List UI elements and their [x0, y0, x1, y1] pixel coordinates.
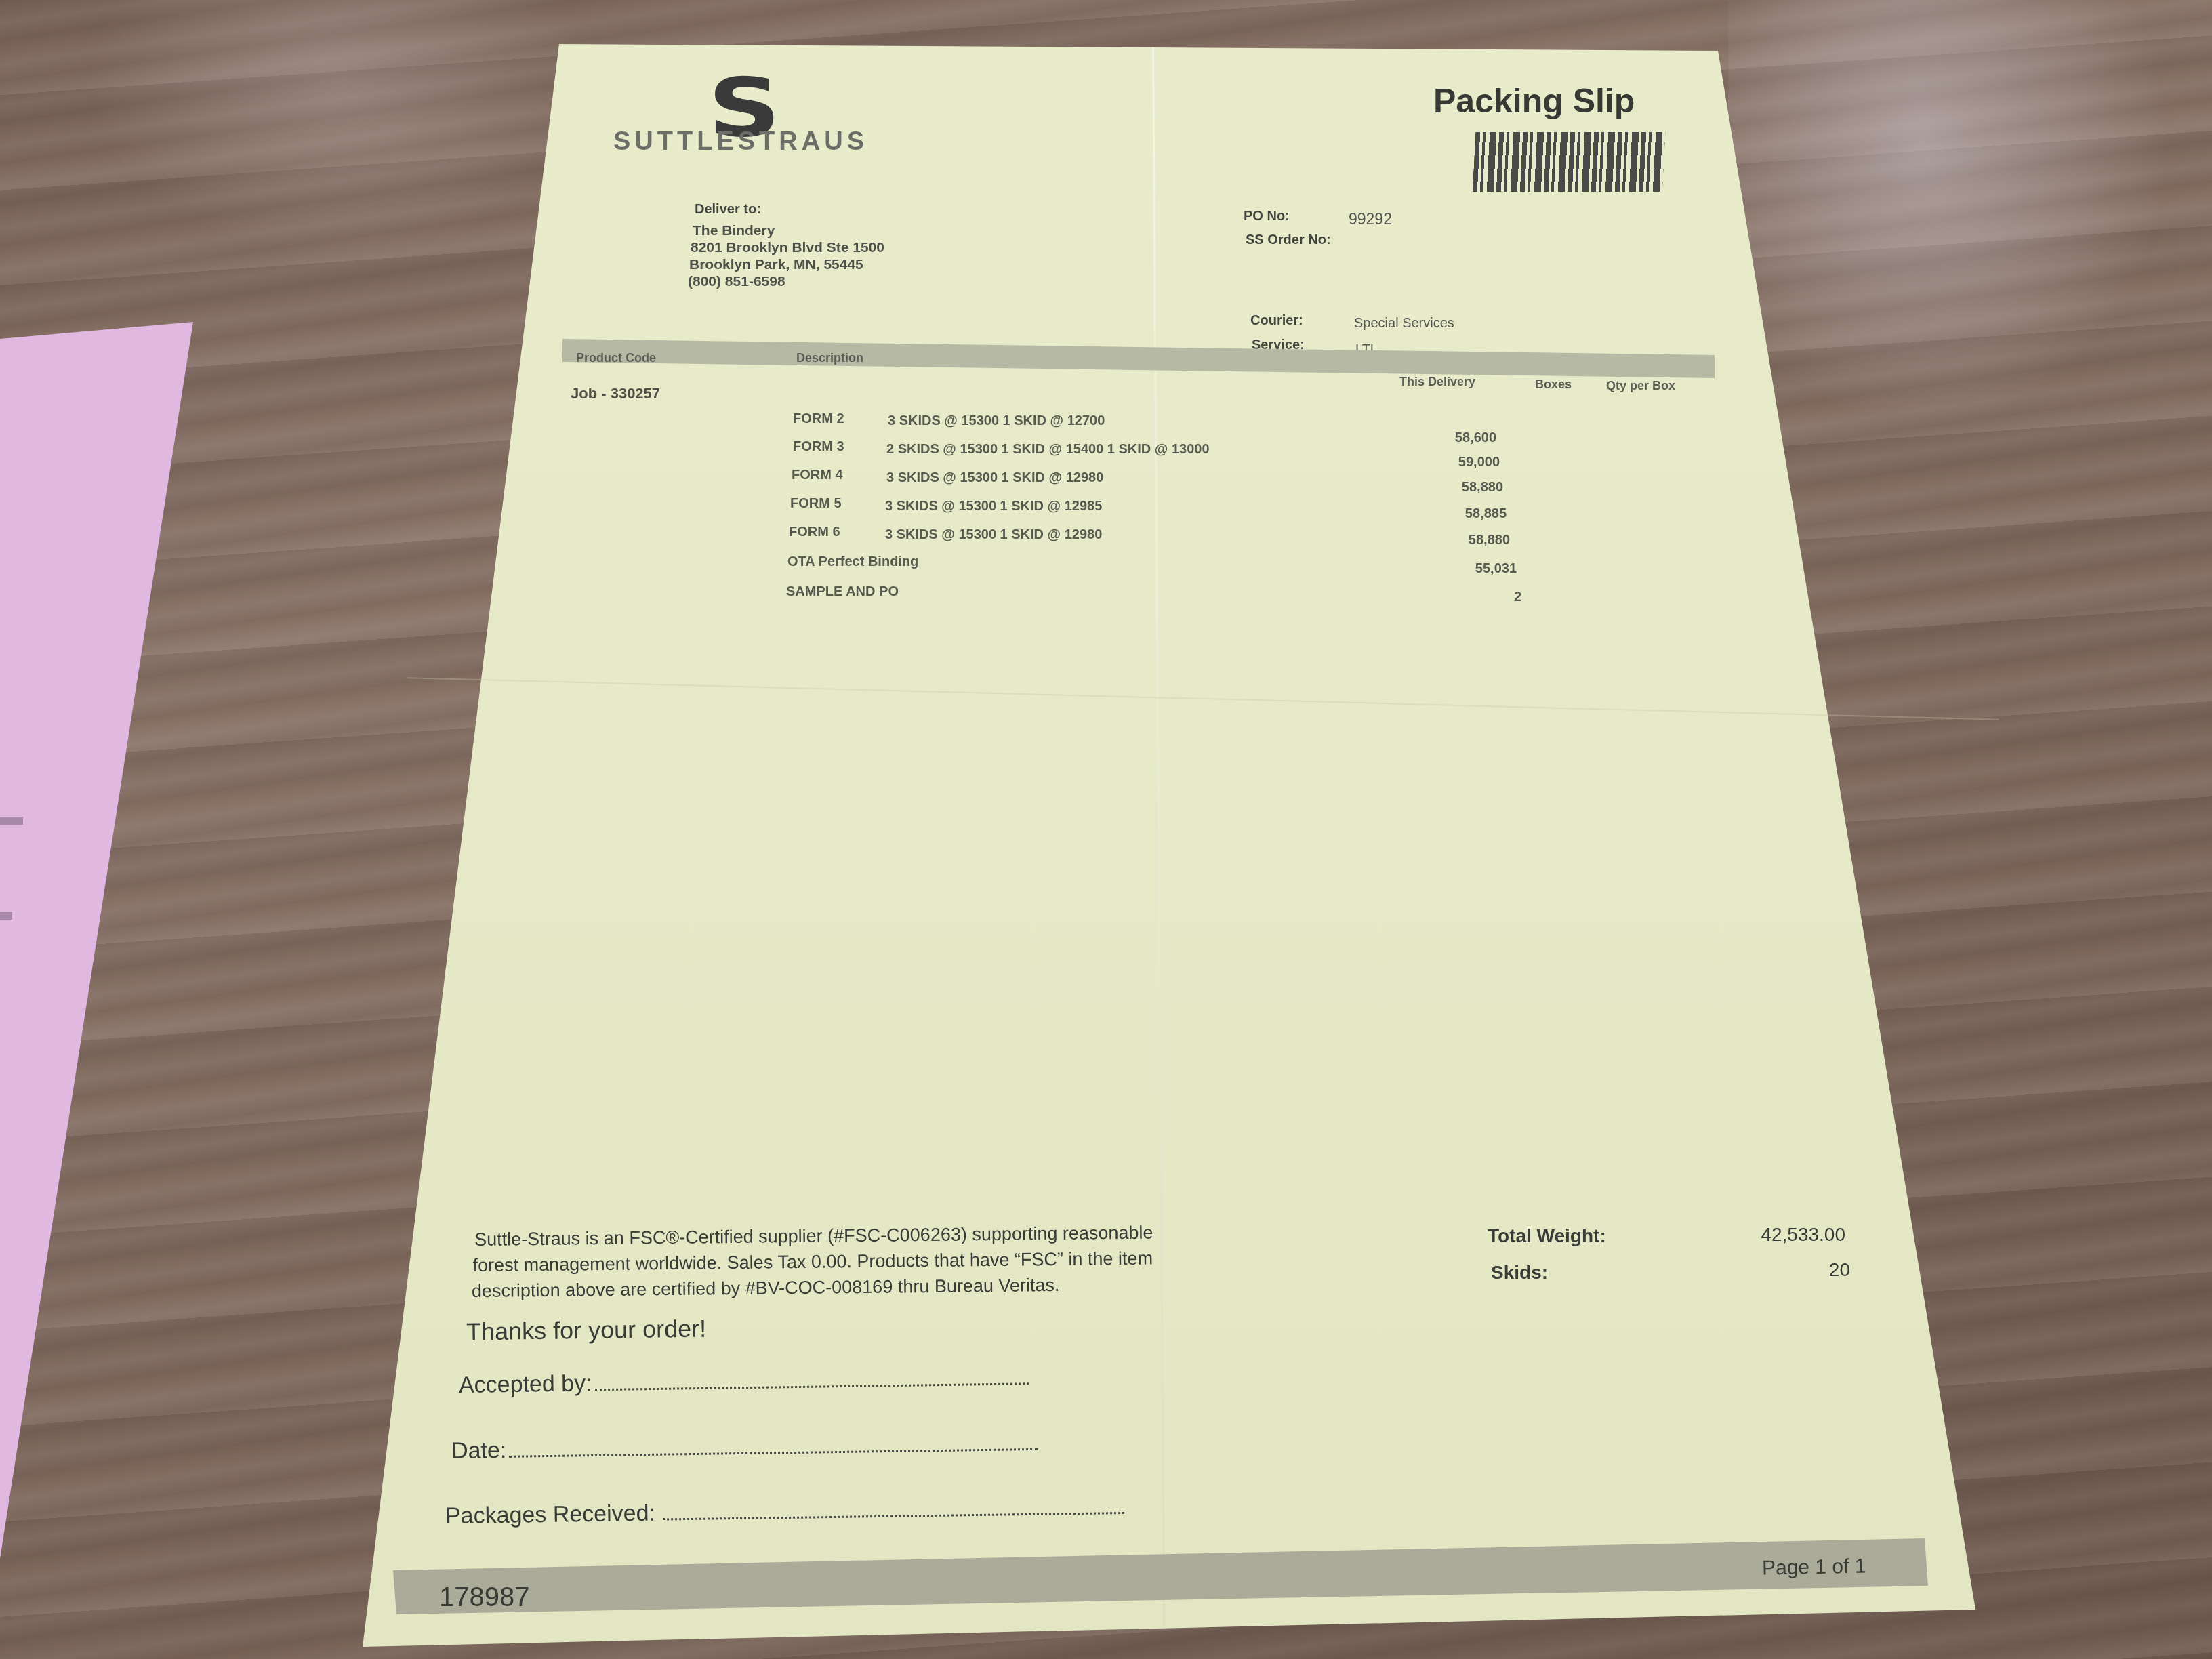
row-form: FORM 6 [789, 525, 840, 540]
row-detail: 3 SKIDS @ 15300 1 SKID @ 12980 [885, 527, 1102, 543]
thanks-message: Thanks for your order! [466, 1315, 707, 1347]
date-signature-line[interactable] [509, 1448, 1038, 1458]
row-form: FORM 2 [793, 411, 844, 427]
accepted-by-label: Accepted by: [459, 1370, 592, 1398]
document-number: 178987 [439, 1582, 529, 1613]
accepted-by-signature-line[interactable] [595, 1382, 1029, 1391]
row-form: FORM 5 [790, 496, 842, 512]
row-form: OTA Perfect Binding [787, 554, 918, 570]
deliver-to-label: Deliver to: [695, 202, 761, 218]
accepted-by-field[interactable]: Accepted by: [459, 1364, 1029, 1399]
row-form: FORM 4 [792, 468, 843, 483]
total-weight-label: Total Weight: [1488, 1225, 1606, 1247]
address-line: 8201 Brooklyn Blvd Ste 1500 [691, 239, 884, 256]
column-header-boxes: Boxes [1535, 377, 1572, 392]
courier-label: Courier: [1250, 313, 1303, 329]
row-this-delivery: 59,000 [1418, 455, 1500, 470]
barcode-icon [1473, 132, 1666, 192]
row-form: SAMPLE AND PO [786, 584, 899, 600]
company-logo-wordmark: SUTTLESTRAUS [613, 127, 868, 157]
row-detail: 3 SKIDS @ 15300 1 SKID @ 12700 [888, 413, 1105, 429]
date-label: Date: [451, 1437, 507, 1464]
packages-received-field[interactable]: Packages Received: [445, 1494, 1124, 1530]
ss-order-number-label: SS Order No: [1246, 232, 1331, 248]
courier-value: Special Services [1354, 316, 1454, 331]
row-detail: 3 SKIDS @ 15300 1 SKID @ 12980 [886, 470, 1103, 486]
fsc-statement: Suttle-Straus is an FSC®-Certified suppl… [474, 1220, 1154, 1304]
date-field[interactable]: Date: [451, 1430, 1038, 1465]
column-header-qty-per-box: Qty per Box [1606, 379, 1675, 393]
column-header-this-delivery: This Delivery [1399, 375, 1475, 389]
row-detail: 2 SKIDS @ 15300 1 SKID @ 15400 1 SKID @ … [886, 442, 1210, 457]
deliver-to-address: The Bindery 8201 Brooklyn Blvd Ste 1500 … [693, 222, 884, 290]
packages-received-line[interactable] [663, 1512, 1124, 1520]
row-this-delivery: 58,600 [1415, 430, 1496, 446]
packages-received-label: Packages Received: [445, 1500, 655, 1529]
po-number-value: 99292 [1349, 210, 1392, 228]
address-line: Brooklyn Park, MN, 55445 [689, 256, 884, 273]
address-line: (800) 851-6598 [688, 273, 884, 290]
row-this-delivery: 55,031 [1435, 561, 1517, 577]
row-detail: 3 SKIDS @ 15300 1 SKID @ 12985 [885, 499, 1102, 514]
row-this-delivery: 2 [1440, 590, 1521, 605]
page-indicator: Page 1 of 1 [1762, 1555, 1866, 1580]
packing-slip: S SUTTLESTRAUS Packing Slip Deliver to: … [0, 0, 2212, 1659]
row-this-delivery: 58,880 [1422, 480, 1503, 495]
skids-value: 20 [1715, 1259, 1850, 1281]
page-title: Packing Slip [1433, 81, 1635, 121]
row-form: FORM 3 [793, 439, 844, 455]
address-line: The Bindery [693, 222, 884, 239]
column-header-description: Description [796, 351, 863, 365]
row-this-delivery: 58,885 [1425, 506, 1507, 522]
row-this-delivery: 58,880 [1429, 533, 1510, 548]
total-weight-value: 42,533.00 [1710, 1224, 1845, 1246]
job-number: Job - 330257 [571, 385, 660, 403]
po-number-label: PO No: [1244, 209, 1290, 224]
skids-label: Skids: [1491, 1262, 1548, 1284]
table-header-bar [562, 339, 1715, 378]
column-header-product-code: Product Code [576, 351, 656, 365]
